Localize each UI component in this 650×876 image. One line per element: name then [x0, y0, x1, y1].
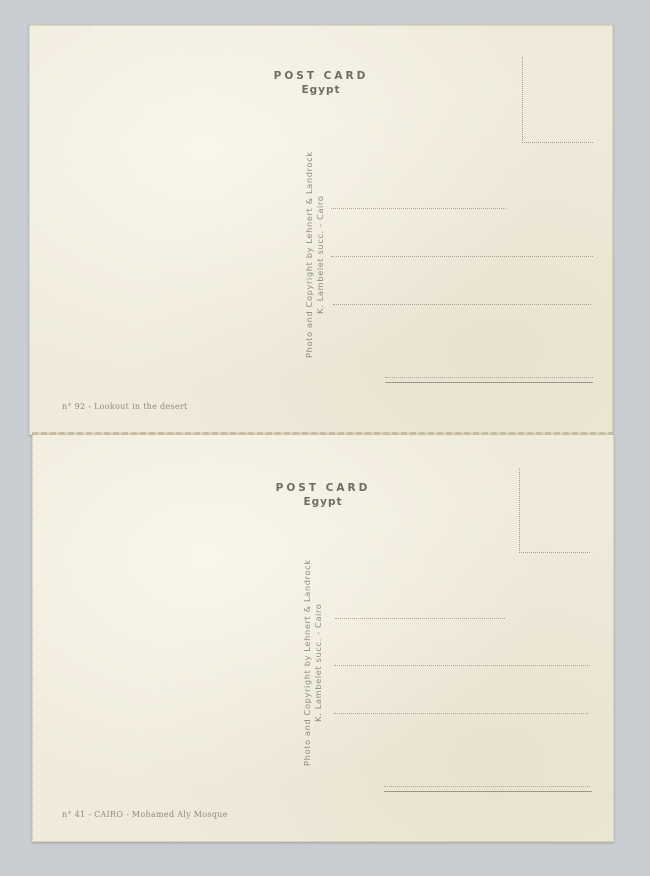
credit-line-2: K. Lambelet succ. - Cairo: [315, 151, 326, 358]
card-edge-divider: [32, 432, 614, 435]
credit-line-2: K. Lambelet succ. - Cairo: [313, 559, 324, 766]
address-line-1: [331, 208, 506, 209]
photo-credit: Photo and Copyright by Lehnert & Landroc…: [304, 151, 326, 358]
address-line-4: [384, 786, 590, 787]
photo-credit: Photo and Copyright by Lehnert & Landroc…: [302, 559, 324, 766]
address-line-4: [385, 377, 593, 378]
credit-line-1: Photo and Copyright by Lehnert & Landroc…: [304, 151, 315, 358]
credit-line-1: Photo and Copyright by Lehnert & Landroc…: [302, 559, 313, 766]
stamp-box: [519, 468, 590, 553]
address-line-3: [334, 713, 588, 714]
address-underline: [385, 382, 593, 383]
address-underline: [384, 791, 592, 792]
address-line-2: [331, 256, 593, 257]
postcard-caption: n° 92 - Lookout in the desert: [62, 402, 188, 411]
address-line-3: [333, 304, 591, 305]
address-line-1: [335, 618, 505, 619]
postcard-top: POST CARD Egypt Photo and Copyright by L…: [29, 25, 613, 435]
stamp-box: [522, 57, 593, 143]
address-line-2: [334, 665, 590, 666]
postcard-caption: n° 41 - CAIRO - Mohamed Aly Mosque: [62, 810, 228, 819]
postcard-bottom: POST CARD Egypt Photo and Copyright by L…: [32, 434, 614, 842]
